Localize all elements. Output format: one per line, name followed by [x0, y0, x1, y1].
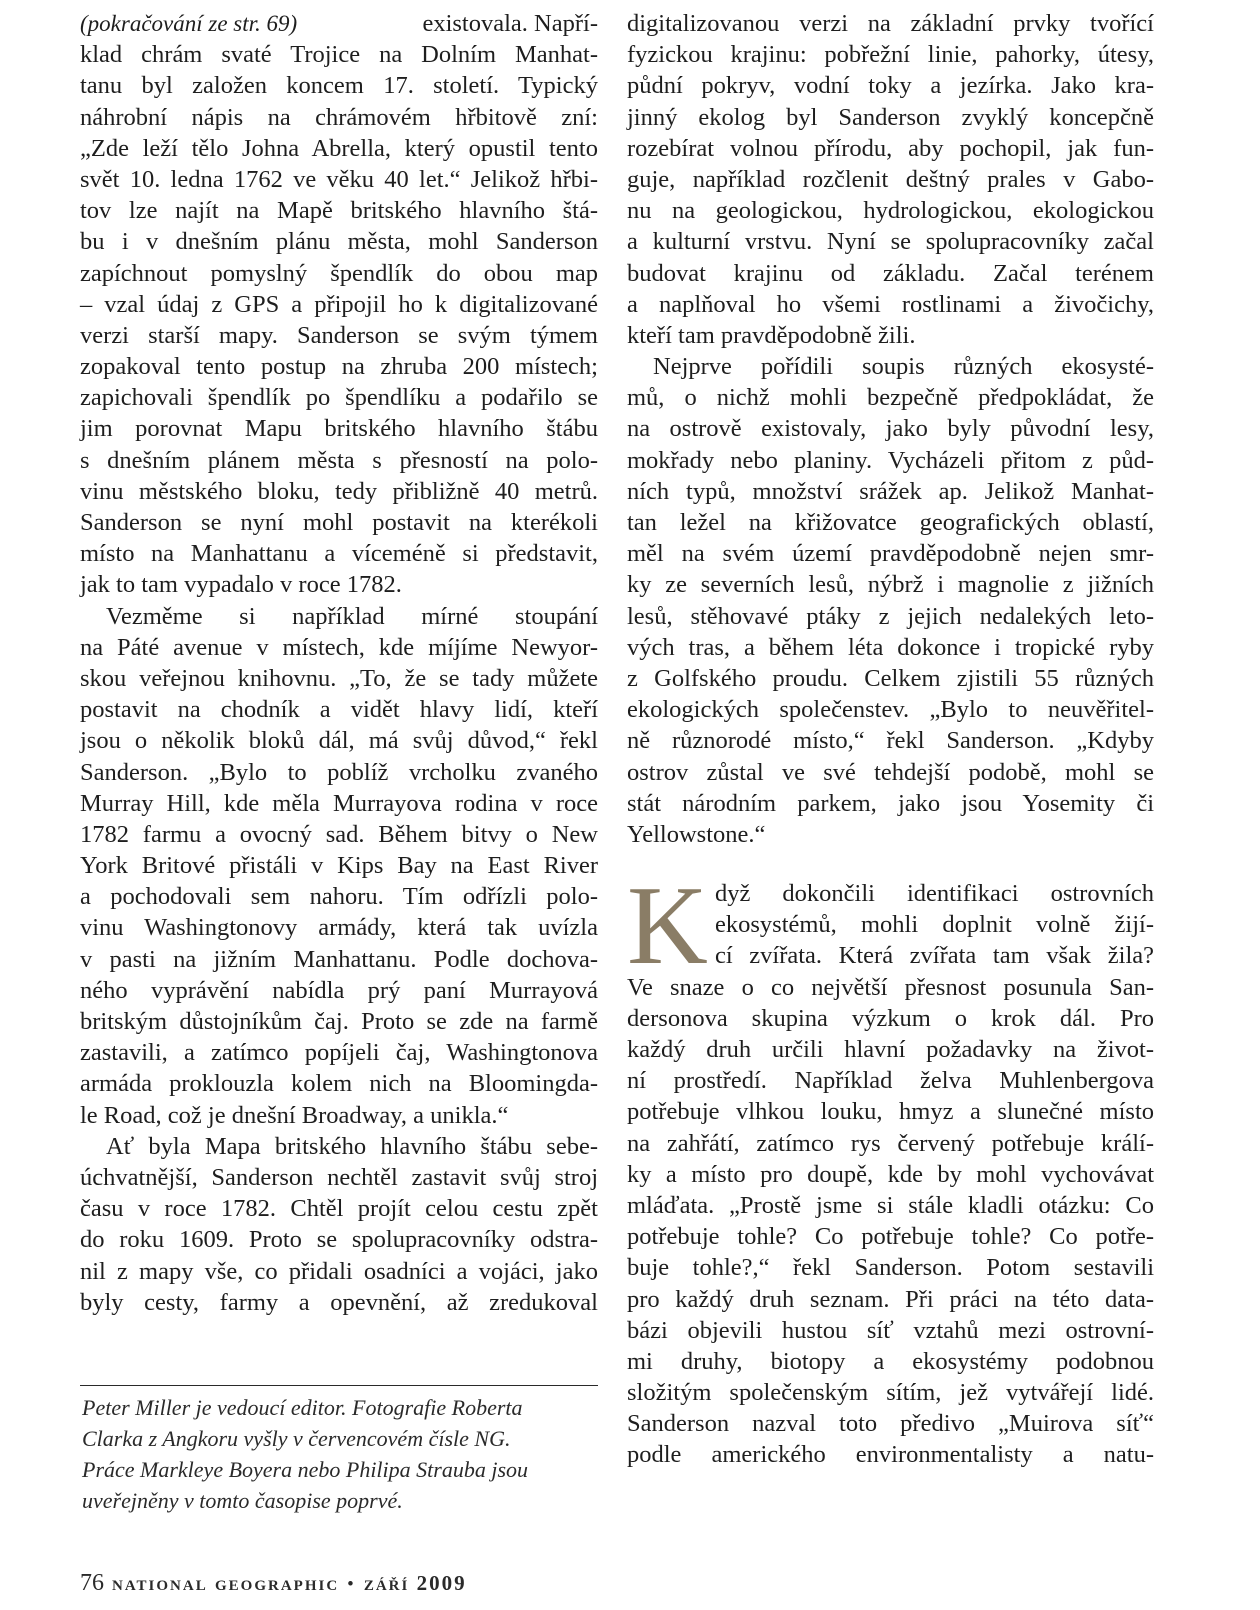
text-line: dersonova skupina výzkum o krok dál. Pro [627, 1003, 1154, 1034]
text-line: svět 10. ledna 1762 ve věku 40 let.“ Jel… [80, 164, 598, 195]
footer-separator: • [347, 1574, 356, 1596]
right-paragraph-2: Nejprve pořídili soupis různých ekosysté… [627, 351, 1154, 850]
text-line: Vezměme si například mírné stoupání [80, 601, 598, 632]
left-column: (pokračování ze str. 69) existovala. Nap… [80, 8, 598, 1318]
text-line: s dnešním plánem města s přesností na po… [80, 445, 598, 476]
text-line: armáda proklouzla kolem nich na Blooming… [80, 1068, 598, 1099]
text-line: úchvatnější, Sanderson nechtěl zastavit … [80, 1162, 598, 1193]
text-line: z Golfského proudu. Celkem zjistili 55 r… [627, 663, 1154, 694]
text-line: Sanderson se nyní mohl postavit na které… [80, 507, 598, 538]
text-line: na ostrově existovaly, jako byly původní… [627, 413, 1154, 444]
right-paragraph-1: digitalizovanou verzi na základní prvky … [627, 8, 1154, 351]
text-line: vinu Washingtonovy armády, která tak uví… [80, 912, 598, 943]
text-line: jsou o několik bloků dál, má svůj důvod,… [80, 725, 598, 756]
text-line: podle amerického environmentalisty a nat… [627, 1439, 1154, 1470]
text-line: britským důstojníkům čaj. Proto se zde n… [80, 1006, 598, 1037]
text-line: York Britové přistáli v Kips Bay na East… [80, 850, 598, 881]
text-line: 1782 farmu a ovocný sad. Během bitvy o N… [80, 819, 598, 850]
text-line: tov lze najít na Mapě britského hlavního… [80, 195, 598, 226]
text-line: Práce Markleye Boyera nebo Philipa Strau… [82, 1454, 592, 1485]
text-line: bázi objevili hustou síť vztahů mezi ost… [627, 1315, 1154, 1346]
magazine-name: NATIONAL GEOGRAPHIC [112, 1571, 339, 1596]
continuation-note: (pokračování ze str. 69) [80, 8, 297, 39]
section-2-body: Ve snaze o co největší přesnost posunula… [627, 972, 1154, 1471]
text-line: bu i v dnešním plánu města, mohl Sanders… [80, 226, 598, 257]
text-line: Sanderson nazval toto předivo „Muirova s… [627, 1408, 1154, 1439]
text-line: v pasti na jižním Manhattanu. Podle doch… [80, 944, 598, 975]
right-column: digitalizovanou verzi na základní prvky … [627, 8, 1154, 1471]
text-line: verzi starší mapy. Sanderson se svým tým… [80, 320, 598, 351]
text-line: mláďata. „Prostě jsme si stále kladli ot… [627, 1190, 1154, 1221]
text-line: ně různorodé místo,“ řekl Sanderson. „Kd… [627, 725, 1154, 756]
first-line-text: existovala. Napří- [422, 8, 598, 39]
text-line: mokřady nebo planiny. Vycházeli přitom z… [627, 445, 1154, 476]
first-line: (pokračování ze str. 69) existovala. Nap… [80, 8, 598, 39]
text-line: skou veřejnou knihovnu. „To, že se tady … [80, 663, 598, 694]
text-line: jim porovnat Mapu britského hlavního štá… [80, 413, 598, 444]
text-line: zapíchnout pomyslný špendlík do obou map [80, 258, 598, 289]
text-line: kteří tam pravděpodobně žili. [627, 320, 1154, 351]
text-line: byly cesty, farmy a opevnění, až zreduko… [80, 1287, 598, 1318]
text-line: ného vyprávění nabídla prý paní Murrayov… [80, 975, 598, 1006]
text-line: nu na geologickou, hydrologickou, ekolog… [627, 195, 1154, 226]
text-line: ních typů, množství srážek ap. Jelikož M… [627, 476, 1154, 507]
text-line: ky ze severních lesů, nýbrž i magnolie z… [627, 569, 1154, 600]
text-line: rozebírat volnou přírodu, aby pochopil, … [627, 133, 1154, 164]
text-line: a pochodovali sem nahoru. Tím odřízli po… [80, 881, 598, 912]
left-paragraph-3: Ať byla Mapa britského hlavního štábu se… [80, 1131, 598, 1318]
text-line: složitým společenským sítím, jež vytváře… [627, 1377, 1154, 1408]
text-line: a kulturní vrstvu. Nyní se spolupracovní… [627, 226, 1154, 257]
text-line: pro každý druh seznam. Při práci na této… [627, 1284, 1154, 1315]
text-line: Sanderson. „Bylo to poblíž vrcholku zvan… [80, 757, 598, 788]
text-line: tan ležel na křižovatce geografických ob… [627, 507, 1154, 538]
text-line: jak to tam vypadalo v roce 1782. [80, 569, 598, 600]
text-line: le Road, což je dnešní Broadway, a unikl… [80, 1100, 598, 1131]
text-line: „Zde leží tělo Johna Abrella, který opus… [80, 133, 598, 164]
text-line: do roku 1609. Proto se spolupracovníky o… [80, 1224, 598, 1255]
text-line: zastavili, a zatímco popíjeli čaj, Washi… [80, 1037, 598, 1068]
text-line: ekologických společenstev. „Bylo to neuv… [627, 694, 1154, 725]
text-line: měl na svém území pravděpodobně nejen sm… [627, 538, 1154, 569]
text-line: guje, například rozčlenit deštný prales … [627, 164, 1154, 195]
text-line: času v roce 1782. Chtěl projít celou ces… [80, 1193, 598, 1224]
issue-date: ZÁŘÍ 2009 [364, 1571, 467, 1596]
text-line: tanu byl založen koncem 17. století. Typ… [80, 70, 598, 101]
text-line: vých tras, a během léta dokonce i tropic… [627, 632, 1154, 663]
text-line: náhrobní nápis na chrámovém hřbitově zní… [80, 102, 598, 133]
text-line: Ať byla Mapa britského hlavního štábu se… [80, 1131, 598, 1162]
drop-cap: K [627, 880, 708, 972]
author-note: Peter Miller je vedoucí editor. Fotograf… [82, 1392, 592, 1516]
text-line: na zahřátí, zatímco rys červený potřebuj… [627, 1128, 1154, 1159]
section-2: K dyž dokončili identifikaci ostrovníche… [627, 878, 1154, 1471]
text-line: potřebuje vlhkou louku, hmyz a slunečné … [627, 1096, 1154, 1127]
left-paragraph-2: Vezměme si například mírné stoupánína Pá… [80, 601, 598, 1131]
text-line: lesů, stěhovavé ptáky z jejich nedalekýc… [627, 601, 1154, 632]
text-line: jinný ekolog byl Sanderson zvyklý koncep… [627, 102, 1154, 133]
page-number: 76 [80, 1570, 104, 1597]
text-line: ní prostředí. Například želva Muhlenberg… [627, 1065, 1154, 1096]
text-line: postavit na chodník a vidět hlavy lidí, … [80, 694, 598, 725]
text-line: a naplňoval ho všemi rostlinami a živoči… [627, 289, 1154, 320]
text-line: Yellowstone.“ [627, 819, 1154, 850]
text-line: budovat krajinu od základu. Začal teréne… [627, 258, 1154, 289]
text-line: na Páté avenue v místech, kde míjíme New… [80, 632, 598, 663]
text-line: buje tohle?,“ řekl Sanderson. Potom sest… [627, 1252, 1154, 1283]
page-footer: 76 NATIONAL GEOGRAPHIC • ZÁŘÍ 2009 [80, 1570, 467, 1602]
text-line: ky a místo pro doupě, kde by mohl vychov… [627, 1159, 1154, 1190]
text-line: fyzickou krajinu: pobřežní linie, pahork… [627, 39, 1154, 70]
text-line: mů, o nichž mohli bezpečně předpokládat,… [627, 382, 1154, 413]
text-line: klad chrám svaté Trojice na Dolním Manha… [80, 39, 598, 70]
text-line: zopakoval tento postup na zhruba 200 mís… [80, 351, 598, 382]
text-line: mi druhy, biotopy a ekosystémy podobnou [627, 1346, 1154, 1377]
text-line: půdní pokryv, vodní toky a jezírka. Jako… [627, 70, 1154, 101]
text-line: – vzal údaj z GPS a připojil ho k digita… [80, 289, 598, 320]
text-line: nil z mapy vše, co přidali osadníci a vo… [80, 1256, 598, 1287]
text-line: Peter Miller je vedoucí editor. Fotograf… [82, 1392, 592, 1423]
text-line: digitalizovanou verzi na základní prvky … [627, 8, 1154, 39]
text-line: každý druh určili hlavní požadavky na ži… [627, 1034, 1154, 1065]
text-line: vinu městského bloku, tedy přibližně 40 … [80, 476, 598, 507]
text-line: potřebuje tohle? Co potřebuje tohle? Co … [627, 1221, 1154, 1252]
text-line: místo na Manhattanu a víceméně si předst… [80, 538, 598, 569]
author-note-divider [80, 1385, 598, 1386]
left-paragraph-1: klad chrám svaté Trojice na Dolním Manha… [80, 39, 598, 600]
text-line: Clarka z Angkoru vyšly v červencovém čís… [82, 1423, 592, 1454]
text-line: zapichovali špendlík po špendlíku a poda… [80, 382, 598, 413]
text-line: uveřejněny v tomto časopise poprvé. [82, 1485, 592, 1516]
text-line: ostrov zůstal ve své tehdejší podobě, mo… [627, 757, 1154, 788]
text-line: Nejprve pořídili soupis různých ekosysté… [627, 351, 1154, 382]
text-line: Murray Hill, kde měla Murrayova rodina v… [80, 788, 598, 819]
text-line: stát národním parkem, jako jsou Yosemity… [627, 788, 1154, 819]
